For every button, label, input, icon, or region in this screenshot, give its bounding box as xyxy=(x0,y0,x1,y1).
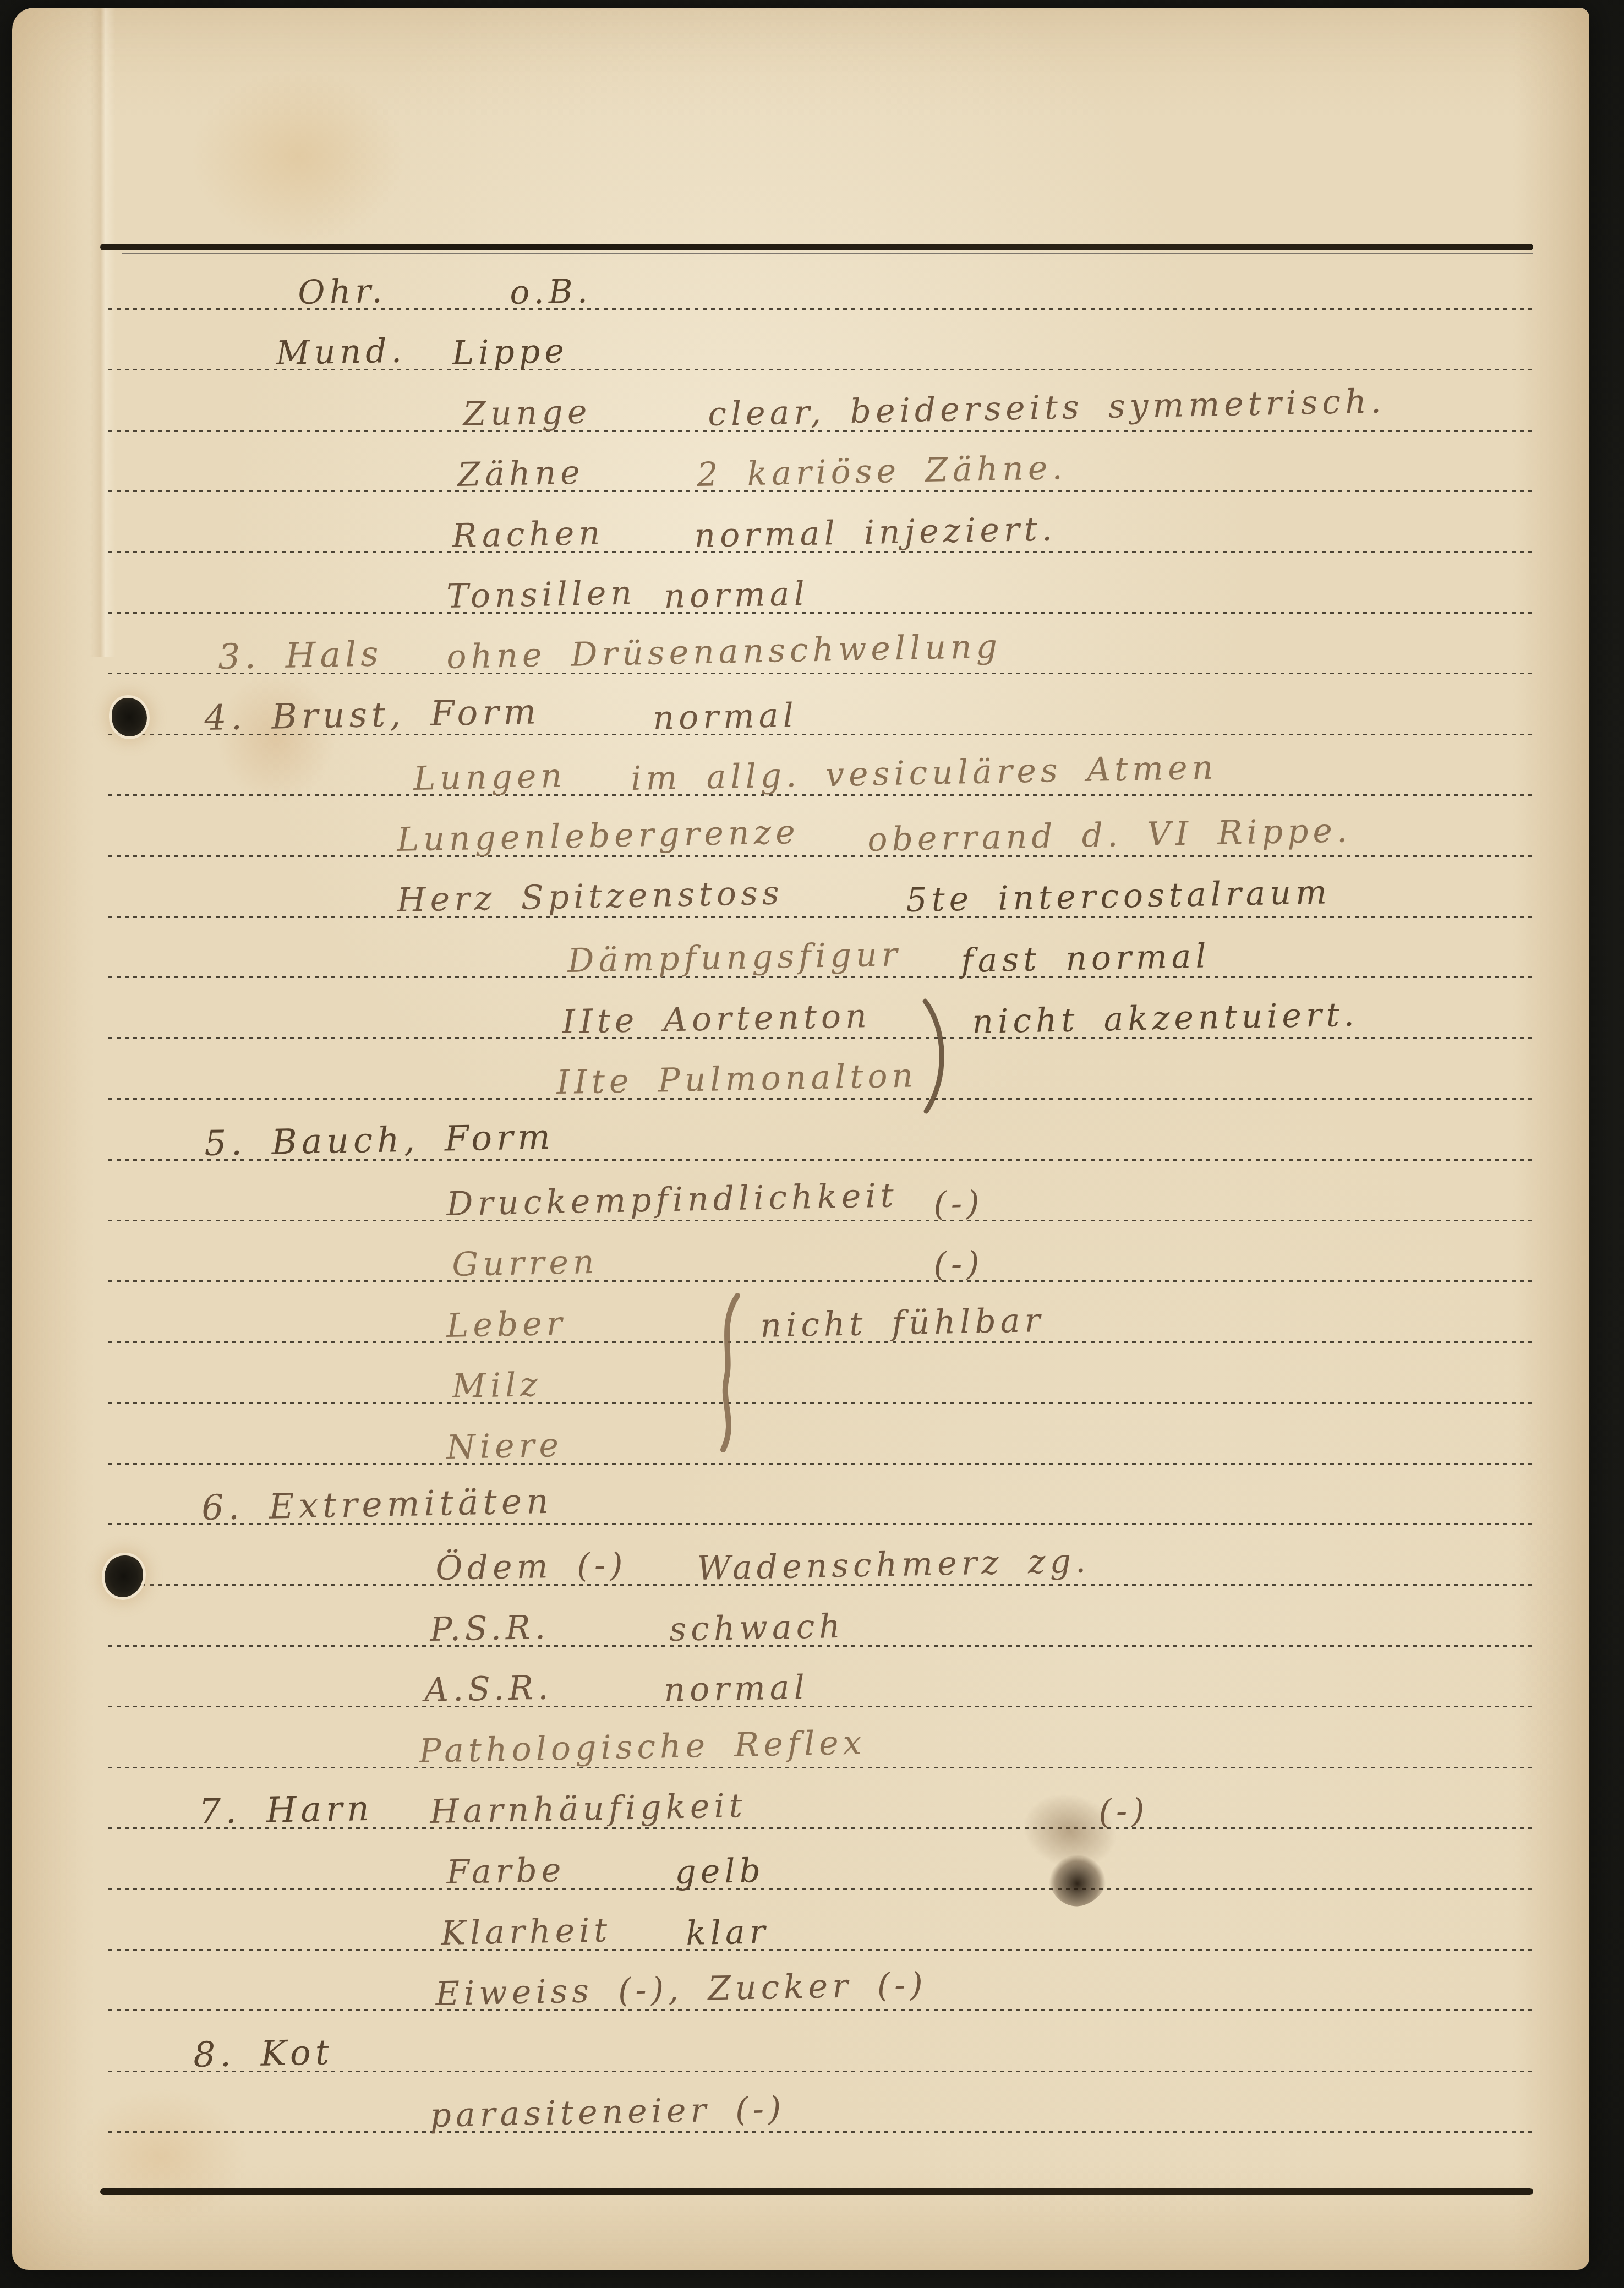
grouping-brace xyxy=(704,1290,748,1455)
ruled-line xyxy=(107,612,1533,614)
punch-hole-bottom xyxy=(105,1555,143,1597)
rachen-value: normal injeziert. xyxy=(694,512,1057,553)
aortenton-label: IIte Aortenton xyxy=(562,1000,871,1039)
pulmonalton-label: IIte Pulmonalton xyxy=(556,1059,918,1099)
parasiteneier-line: parasiteneier (-) xyxy=(430,2093,786,2132)
paper-stain xyxy=(45,2066,276,2248)
top-rule xyxy=(100,244,1533,250)
bauch-heading: 5. Bauch, Form xyxy=(204,1121,555,1160)
ruled-line xyxy=(107,794,1533,796)
brust-heading: 4. Brust, Form xyxy=(204,695,541,735)
hals-heading: 3. Hals xyxy=(218,637,383,674)
bottom-rule xyxy=(100,2188,1533,2195)
leber-note-value: nicht fühlbar xyxy=(760,1304,1045,1342)
ruled-line xyxy=(107,855,1533,857)
harnhaeufigkeit-label: Harnhäufigkeit xyxy=(430,1789,747,1828)
ruled-line xyxy=(107,976,1533,978)
daempfungsfigur-value: fast normal xyxy=(961,940,1211,978)
zunge-value: clear, beiderseits symmetrisch. xyxy=(708,385,1386,431)
lungen-label: Lungen xyxy=(413,760,567,795)
hals-value: ohne Drüsenanschwellung xyxy=(446,630,1002,674)
ruled-line xyxy=(107,1402,1533,1404)
farbe-value: gelb xyxy=(675,1854,765,1889)
herzton-note-value: nicht akzentuiert. xyxy=(972,998,1359,1039)
ruled-line xyxy=(107,1463,1533,1465)
wadenschmerz-value: Wadenschmerz zg. xyxy=(697,1544,1091,1585)
lungenlebergrenze-label: Lungenlebergrenze xyxy=(397,816,800,856)
herz-spitzenstoss-label: Herz Spitzenstoss xyxy=(397,877,784,917)
lungenlebergrenze-value: oberrand d. VI Rippe. xyxy=(867,814,1352,856)
rachen-label: Rachen xyxy=(452,517,605,553)
ruled-line xyxy=(107,1037,1533,1039)
niere-label: Niere xyxy=(446,1429,564,1464)
punch-hole-top xyxy=(112,698,147,736)
gurren-value: (-) xyxy=(933,1247,984,1281)
farbe-label: Farbe xyxy=(446,1854,566,1889)
ruled-line xyxy=(107,1767,1533,1768)
ohr-label: Ohr. xyxy=(298,275,387,309)
harn-heading: 7. Harn xyxy=(199,1792,374,1828)
lippe-value: Lippe xyxy=(452,335,568,370)
paper-crease xyxy=(90,8,116,657)
druckempfindlichkeit-value: (-) xyxy=(933,1187,984,1221)
gurren-label: Gurren xyxy=(452,1246,599,1281)
zaehne-value: 2 kariöse Zähne. xyxy=(697,451,1067,492)
extremitaeten-heading: 6. Extremitäten xyxy=(201,1485,553,1525)
klarheit-label: Klarheit xyxy=(441,1914,612,1950)
brust-form-value: normal xyxy=(653,699,798,735)
asr-value: normal xyxy=(664,1671,809,1707)
psr-value: schwach xyxy=(669,1610,845,1646)
ruled-line xyxy=(107,1888,1533,1890)
document-scan: { "colors": { "background": "#1b1b17", "… xyxy=(0,0,1624,2288)
zaehne-label: Zähne xyxy=(457,456,584,492)
kot-heading: 8. Kot xyxy=(193,2036,334,2072)
herz-spitzenstoss-value: 5te intercostalraum xyxy=(906,876,1332,917)
klarheit-value: klar xyxy=(686,1915,770,1950)
ruled-line xyxy=(107,2131,1533,2133)
ruled-line xyxy=(107,1098,1533,1100)
ruled-line xyxy=(107,1949,1533,1951)
milz-label: Milz xyxy=(452,1368,543,1403)
druckempfindlichkeit-label: Druckempfindlichkeit xyxy=(446,1179,898,1221)
daempfungsfigur-label: Dämpfungsfigur xyxy=(567,938,902,978)
lungen-value: im allg. vesiculäres Atmen xyxy=(631,751,1218,795)
scanned-page: Ohr. o.B. Mund. Lippe Zunge clear, beide… xyxy=(12,8,1589,2270)
ruled-line xyxy=(107,916,1533,918)
ohr-value: o.B. xyxy=(510,275,592,309)
zunge-label: Zunge xyxy=(463,396,592,431)
paper-stain xyxy=(155,41,441,272)
asr-label: A.S.R. xyxy=(424,1672,553,1707)
tonsillen-label: Tonsillen xyxy=(446,576,637,613)
eiweiss-zucker-line: Eiweiss (-), Zucker (-) xyxy=(435,1968,928,2011)
pathologische-reflexe-label: Pathologische Reflex xyxy=(419,1726,866,1768)
grouping-paren xyxy=(917,996,953,1117)
mund-label: Mund. xyxy=(276,334,406,370)
ruled-line xyxy=(107,1280,1533,1282)
psr-label: P.S.R. xyxy=(430,1611,550,1646)
leber-label: Leber xyxy=(446,1307,567,1342)
oedem-label: Ödem (-) xyxy=(435,1548,627,1585)
ruled-line xyxy=(107,1706,1533,1707)
ruled-line xyxy=(107,1220,1533,1221)
ruled-line xyxy=(107,2009,1533,2011)
tonsillen-value: normal xyxy=(664,577,809,613)
